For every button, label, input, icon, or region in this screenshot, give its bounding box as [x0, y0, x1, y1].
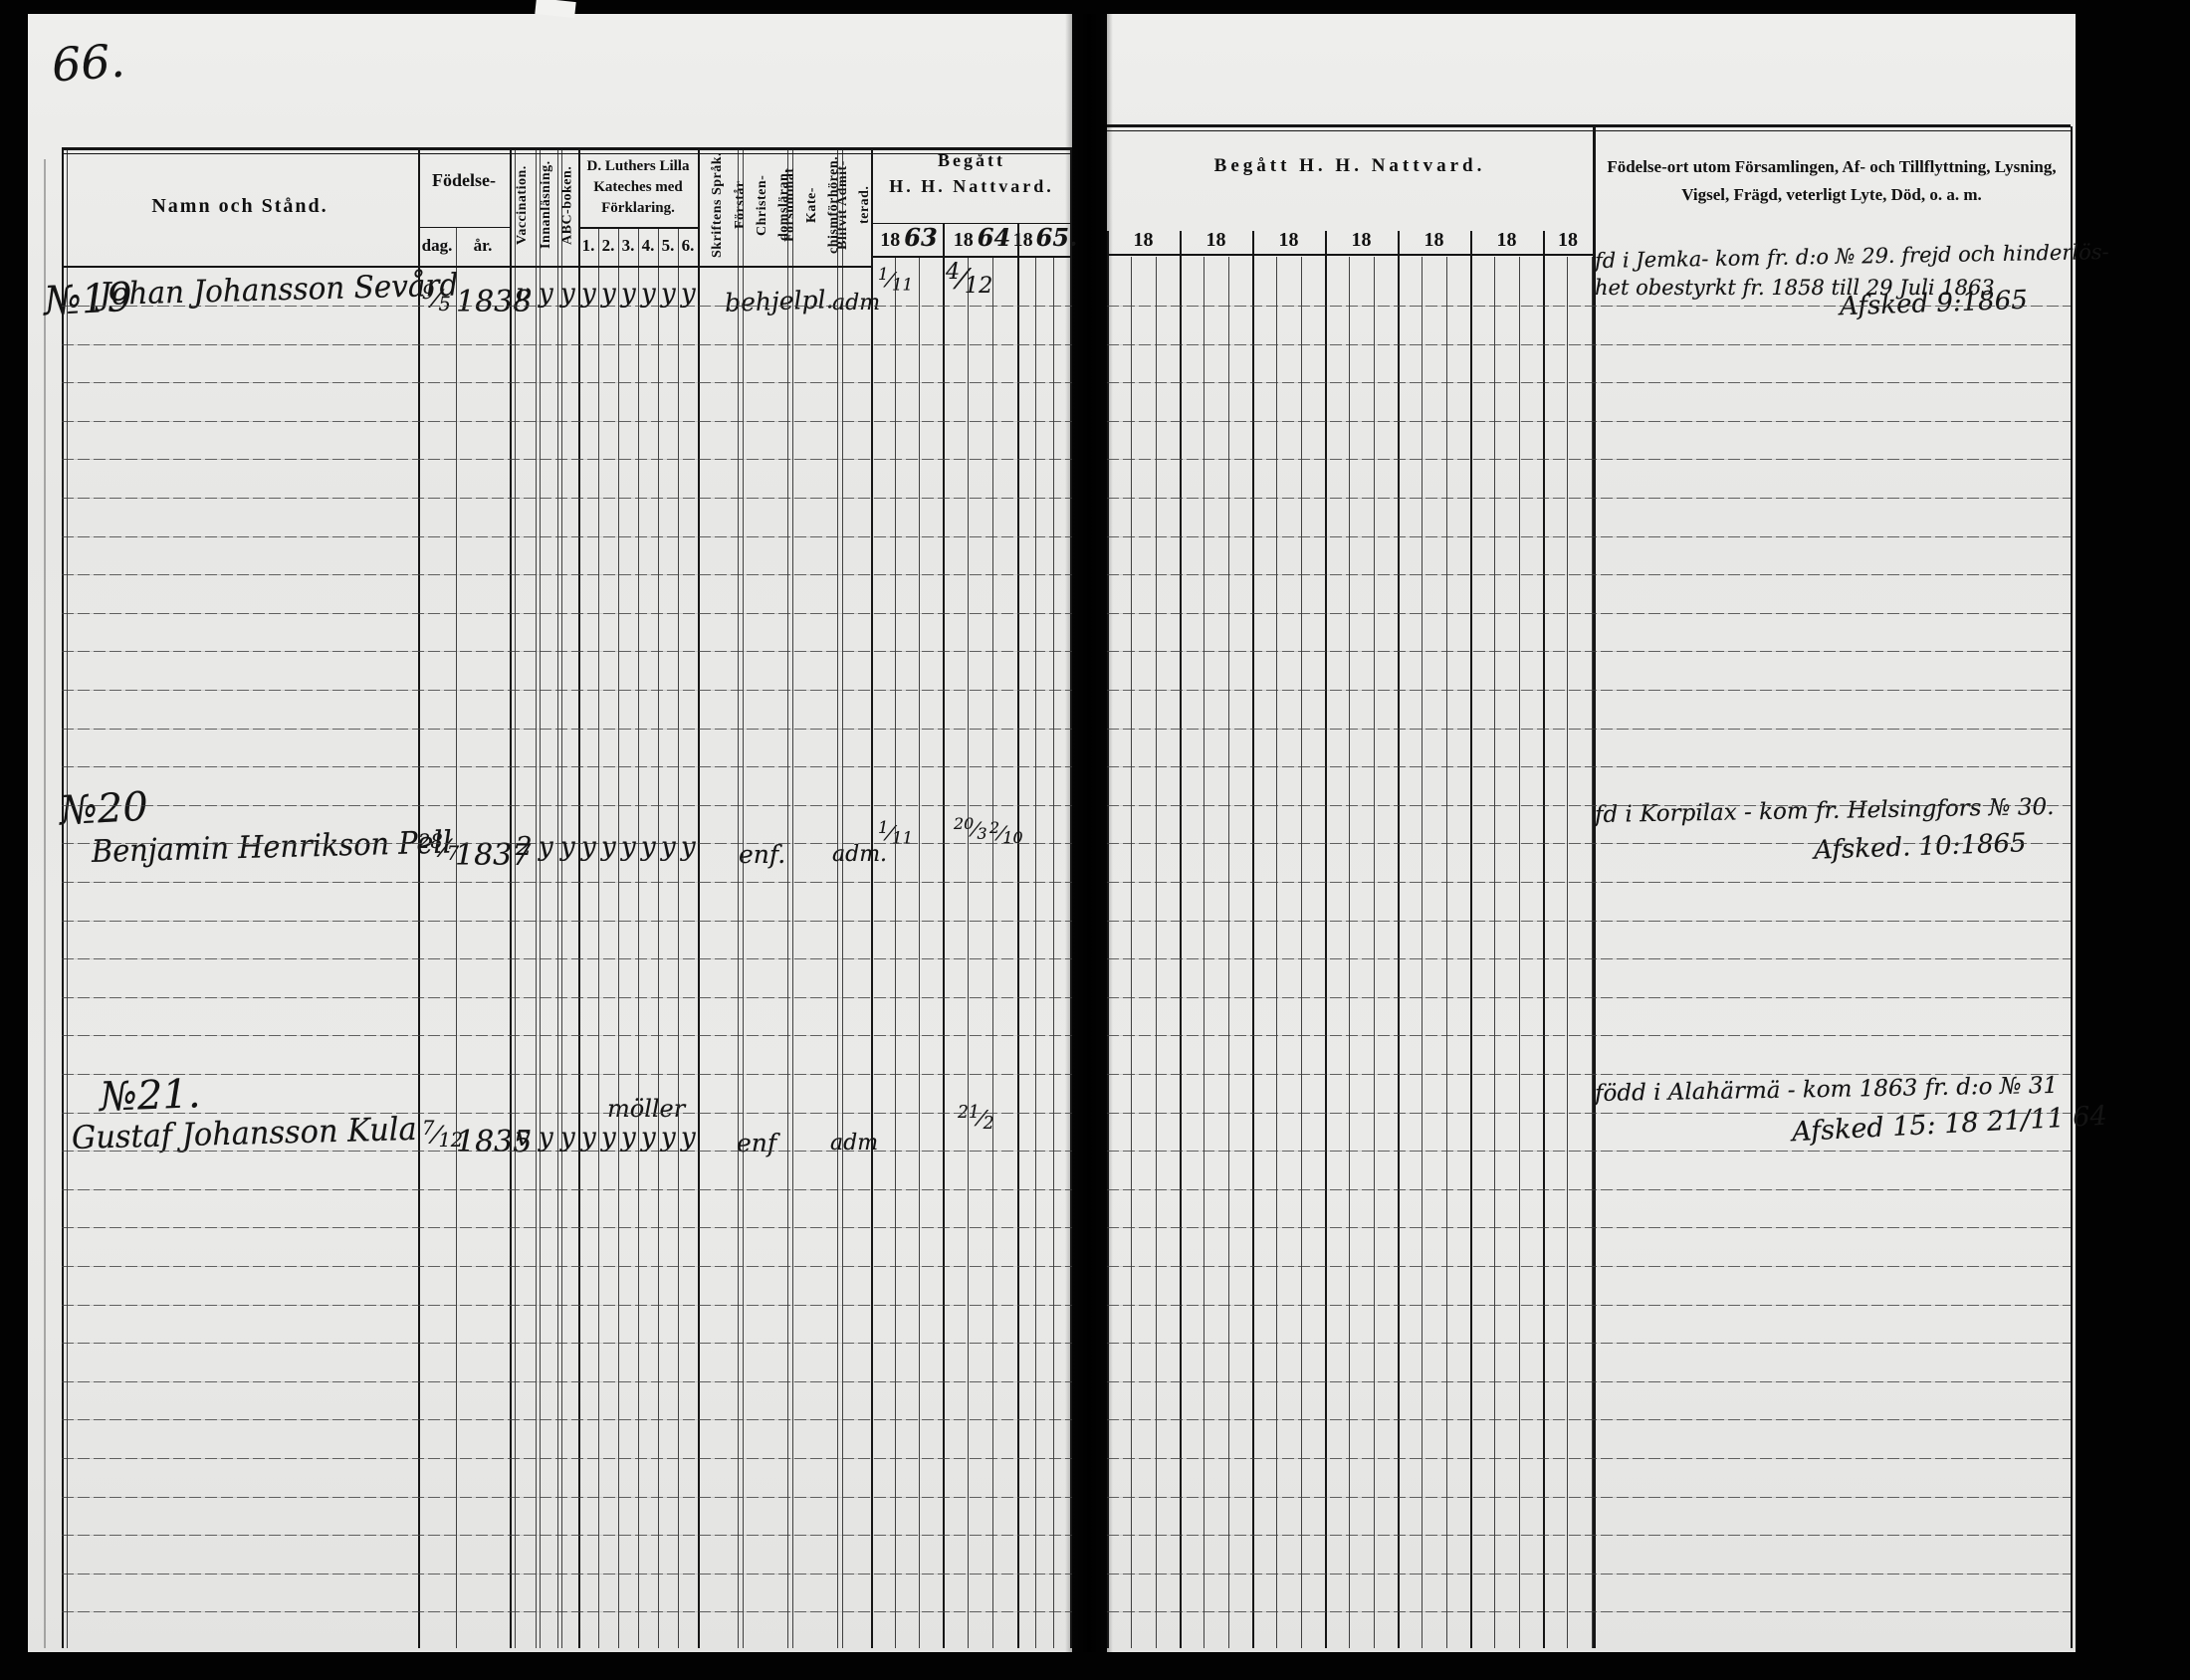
grid-line: [62, 459, 1072, 460]
grid-line: [1107, 651, 2071, 652]
grid-line: [1107, 306, 2071, 307]
grid-line: [787, 147, 788, 1648]
grid-line: [62, 1611, 1072, 1612]
book-edge-top: [0, 0, 2190, 14]
grid-line: [62, 997, 1072, 998]
grid-line: [943, 223, 945, 1648]
grid-line: [1107, 1266, 2071, 1267]
birth-day: 9⁄5: [422, 281, 451, 315]
grid-line: [62, 1189, 1072, 1190]
grid-line: [62, 882, 1072, 883]
grid-line: [871, 147, 873, 1648]
grid-line: [738, 147, 739, 1648]
grid-line: [1107, 536, 2071, 537]
year-label-blank-6: 18: [1470, 225, 1543, 255]
check-mark: y: [601, 279, 616, 309]
grid-line: [919, 257, 920, 1648]
grid-line: [62, 1305, 1072, 1306]
grid-line: [678, 227, 679, 1648]
grid-line: [1107, 1419, 2071, 1420]
grid-line: [1053, 257, 1054, 1648]
grid-line: [1494, 257, 1495, 1648]
year-label-1864: 18 64: [943, 225, 1017, 255]
grid-line: [1349, 257, 1350, 1648]
grid-line: [1035, 257, 1036, 1648]
column-header-catechism-3: 3.: [618, 233, 638, 259]
grid-line: [62, 690, 1072, 691]
check-mark: y: [661, 1123, 676, 1153]
grid-line: [62, 1419, 1072, 1420]
grid-line: [1107, 1189, 2071, 1190]
check-mark: y: [601, 832, 616, 862]
column-header-name: Namn och Stånd.: [62, 191, 418, 221]
grid-line: [1107, 421, 2071, 422]
grid-line: [1107, 1035, 2071, 1036]
communion-entry: 21⁄2: [958, 1103, 994, 1134]
grid-line: [1276, 257, 1277, 1648]
grid-line: [62, 1381, 1072, 1382]
grid-line: [1107, 254, 1593, 256]
grid-line: [62, 1497, 1072, 1498]
year-label-1863: 18 63: [871, 225, 943, 255]
year-label-blank-3: 18: [1252, 225, 1325, 255]
grid-line: [578, 227, 698, 229]
grid-line: [418, 147, 420, 1648]
grid-line: [62, 421, 1072, 422]
year-printed: 18: [880, 229, 900, 252]
grid-line: [62, 651, 1072, 652]
grid-line: [1301, 257, 1302, 1648]
communion-entry: 20⁄3: [954, 814, 987, 843]
grid-line: [1567, 257, 1568, 1648]
grid-line: [1398, 231, 1400, 1648]
grid-line: [557, 147, 558, 1648]
grid-line: [67, 147, 68, 1648]
scanned-ledger-spread: 66. Namn och Stånd. Födelse- dag. år. Va…: [0, 0, 2190, 1680]
check-mark: y: [641, 1123, 656, 1153]
grid-line: [540, 147, 541, 1648]
grid-line: [1107, 1227, 2071, 1228]
grid-line: [62, 498, 1072, 499]
grid-line: [62, 153, 1072, 154]
check-mark: 2: [516, 832, 533, 862]
check-mark: y: [621, 279, 636, 309]
check-mark: y: [539, 279, 553, 309]
book-edge-left: [0, 0, 28, 1680]
grid-line: [62, 1343, 1072, 1344]
year-label-blank-5: 18: [1398, 225, 1470, 255]
check-mark: y: [641, 279, 656, 309]
grid-line: [1470, 231, 1472, 1648]
grid-line: [1107, 690, 2071, 691]
grid-line: [62, 1113, 1072, 1114]
grid-line: [62, 1535, 1072, 1536]
check-mark: y: [621, 1123, 636, 1153]
grid-line: [1107, 1151, 2071, 1152]
grid-line: [1107, 805, 2071, 806]
check-mark: v: [516, 1123, 531, 1153]
grid-line: [1107, 1113, 2071, 1114]
column-header-notes-line2: Vigsel, Frägd, veterligt Lyte, Död, o. a…: [1593, 183, 2071, 207]
grid-line: [1107, 1343, 2071, 1344]
column-header-communion-left-line2: H. H. Nattvard.: [871, 173, 1072, 199]
grid-line: [1180, 231, 1182, 1648]
grid-line: [62, 613, 1072, 614]
grid-line: [1107, 958, 2071, 959]
grid-line: [842, 147, 843, 1648]
column-header-notes-line1: Födelse-ort utom Församlingen, Af- och T…: [1593, 155, 2071, 179]
grid-line: [1107, 1611, 2071, 1612]
check-mark: y: [661, 832, 676, 862]
grid-line: [968, 257, 969, 1648]
grid-line: [792, 147, 793, 1648]
column-header-communion-right: Begått H. H. Nattvard.: [1107, 151, 1593, 181]
grid-line: [638, 227, 639, 1648]
grid-line: [1107, 1574, 2071, 1575]
year-label-1865: 18 65.: [1017, 225, 1070, 255]
grid-line: [62, 958, 1072, 959]
grid-line: [62, 574, 1072, 575]
grid-line: [62, 147, 1072, 150]
column-header-catechism-5: 5.: [658, 233, 678, 259]
grid-line: [837, 147, 838, 1648]
column-header-catechism-2: 2.: [598, 233, 618, 259]
year-printed: 18: [1013, 229, 1033, 252]
grid-line: [1107, 1305, 2071, 1306]
grid-line: [1446, 257, 1447, 1648]
grid-line: [1107, 882, 2071, 883]
grid-line: [1107, 997, 2071, 998]
grid-line: [1107, 729, 2071, 730]
check-mark: y: [539, 1123, 553, 1153]
grid-line: [1325, 231, 1327, 1648]
birth-day: 28⁄7: [418, 830, 459, 865]
grid-line: [62, 921, 1072, 922]
grid-line: [62, 766, 1072, 767]
grid-line: [62, 266, 871, 268]
check-mark: y: [581, 832, 596, 862]
grid-line: [62, 1458, 1072, 1459]
grid-line: [1131, 257, 1132, 1648]
row-number: №20: [59, 784, 149, 835]
grid-line: [1107, 1381, 2071, 1382]
grid-line: [1070, 147, 1072, 1648]
page-number: 66.: [50, 34, 126, 93]
check-mark: y: [581, 1123, 596, 1153]
check-mark: y: [560, 279, 575, 309]
grid-line: [62, 805, 1072, 806]
column-header-missed-examinations: Försummat Kate- chismförhören.: [787, 149, 837, 261]
grid-line: [62, 536, 1072, 537]
grid-line: [561, 147, 562, 1648]
grid-line: [1228, 257, 1229, 1648]
grid-line: [1156, 257, 1157, 1648]
column-header-vaccination: Vaccination.: [510, 149, 536, 261]
grid-line: [1107, 498, 2071, 499]
check-mark: y: [560, 832, 575, 862]
year-label-blank-4: 18: [1325, 225, 1398, 255]
column-header-catechism-1: 1.: [578, 233, 598, 259]
grid-line: [62, 382, 1072, 383]
check-mark: y: [681, 832, 696, 862]
year-label-blank-7: 18: [1543, 225, 1593, 255]
margin-fold-line: [44, 159, 46, 1648]
grid-line: [62, 1266, 1072, 1267]
check-mark: y: [661, 279, 676, 309]
grid-line: [62, 729, 1072, 730]
grid-line: [1543, 231, 1545, 1648]
grid-line: [658, 227, 659, 1648]
grid-line: [1107, 1497, 2071, 1498]
year-written: 64: [978, 223, 1010, 252]
column-header-catechism-4: 4.: [638, 233, 658, 259]
communion-entry: 4⁄12: [946, 259, 992, 299]
column-header-catechism-6: 6.: [678, 233, 698, 259]
grid-line: [1107, 459, 2071, 460]
grid-line: [1107, 843, 2071, 844]
check-mark: y: [621, 832, 636, 862]
grid-line: [871, 223, 1072, 224]
column-header-birth-day: dag.: [418, 233, 456, 259]
grid-line: [1107, 574, 2071, 575]
check-mark: y: [539, 832, 553, 862]
grid-line: [418, 227, 510, 228]
check-mark: y: [560, 1123, 575, 1153]
grid-line: [1252, 231, 1254, 1648]
grid-line: [510, 147, 512, 1648]
year-written: 63: [904, 223, 937, 252]
grid-line: [1374, 257, 1375, 1648]
grid-line: [62, 1035, 1072, 1036]
grid-line: [1107, 613, 2071, 614]
column-header-communion-left-line1: Begått: [871, 147, 1072, 173]
grid-line: [515, 147, 516, 1648]
grid-line: [456, 227, 457, 1648]
grid-line: [62, 1227, 1072, 1228]
grid-line: [1204, 257, 1204, 1648]
grid-line: [1107, 344, 2071, 345]
grid-line: [62, 147, 64, 1648]
grid-line: [62, 344, 1072, 345]
grid-line: [698, 147, 700, 1648]
grid-line: [1107, 231, 1109, 1648]
understands-entry: behjelpl.: [725, 285, 834, 317]
grid-line: [62, 1074, 1072, 1075]
grid-line: [618, 227, 619, 1648]
book-edge-bottom: [0, 1652, 2190, 1680]
year-printed: 18: [954, 229, 974, 252]
column-header-catechism-group: D. Luthers Lilla Kateches med Förklaring…: [580, 153, 696, 221]
check-mark: y: [681, 279, 696, 309]
check-mark: y: [601, 1123, 616, 1153]
grid-line: [1107, 124, 2071, 127]
column-header-birth-year: år.: [456, 233, 510, 259]
year-label-blank-2: 18: [1180, 225, 1252, 255]
check-mark: y: [581, 279, 596, 309]
grid-line: [895, 257, 896, 1648]
grid-line: [743, 147, 744, 1648]
grid-line: [578, 147, 580, 1648]
understands-entry: enf.: [739, 840, 785, 869]
grid-line: [1107, 1458, 2071, 1459]
grid-line: [1107, 766, 2071, 767]
check-mark: y: [641, 832, 656, 862]
grid-line: [992, 257, 993, 1648]
grid-line: [1107, 130, 2071, 131]
grid-line: [2071, 126, 2073, 1648]
grid-line: [536, 147, 537, 1648]
grid-line: [598, 227, 599, 1648]
grid-line: [1107, 1074, 2071, 1075]
grid-line: [1017, 223, 1019, 1648]
check-mark: ν: [516, 279, 532, 309]
grid-line: [1107, 921, 2071, 922]
grid-line: [1107, 1535, 2071, 1536]
grid-line: [1519, 257, 1520, 1648]
year-label-blank-1: 18: [1107, 225, 1180, 255]
check-mark: y: [681, 1123, 696, 1153]
column-header-birth-group: Födelse-: [418, 167, 510, 193]
grid-line: [62, 1574, 1072, 1575]
grid-line: [1422, 257, 1423, 1648]
grid-line: [1107, 382, 2071, 383]
grid-line: [871, 256, 1072, 258]
